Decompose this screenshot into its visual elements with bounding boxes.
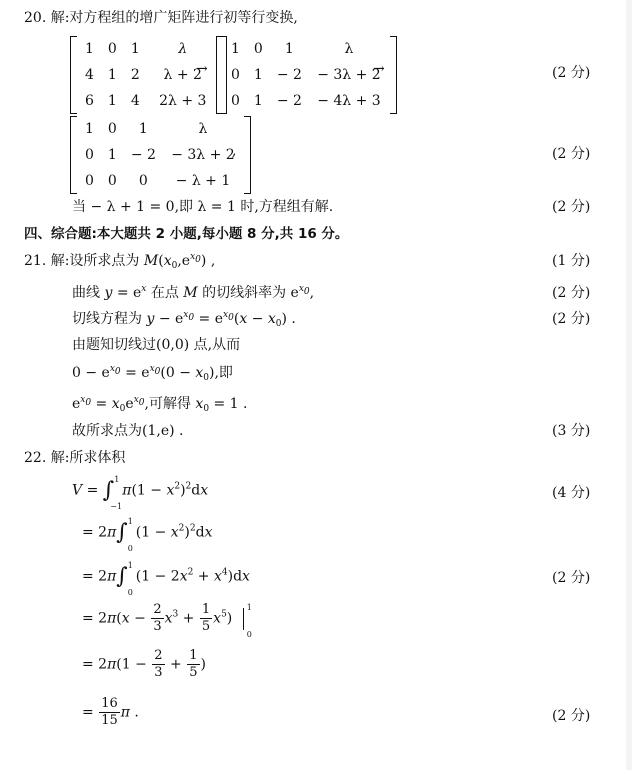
cell: − 2 (270, 88, 309, 114)
cell: 0 (224, 62, 247, 88)
score-badge: (2 分) (552, 196, 590, 216)
cell: 1 (270, 36, 309, 62)
text: 曲线 (72, 285, 100, 301)
score-badge: (2 分) (552, 567, 590, 587)
cell: 1 (247, 62, 270, 88)
cell: − 2 (124, 142, 163, 168)
score-badge: (2 分) (552, 143, 590, 163)
score-badge: (2 分) (552, 308, 590, 328)
text: ,可解得 (145, 396, 191, 412)
text: 的切线斜率为 (202, 285, 286, 301)
q21-line-3: 切线方程为 y − ex0 = ex0(x − x0) . (72, 308, 296, 328)
matrix-3-table: 101λ 01− 2− 3λ + 2 000− λ + 1 (78, 116, 243, 194)
q20-conclusion: 当 − λ + 1 = 0,即 λ = 1 时,方程组有解. (72, 196, 333, 216)
q22-line-5: = 2π(1 − 23 + 15) (82, 648, 206, 681)
cell: 1 (101, 88, 124, 114)
cell: − 2 (270, 62, 309, 88)
score-badge: (2 分) (552, 62, 590, 82)
q22-line-6: = 1615π . (82, 696, 139, 729)
cell: 6 (78, 88, 101, 114)
cell: 1 (78, 36, 101, 62)
cell: 1 (101, 62, 124, 88)
bracket-left (216, 36, 223, 114)
text: 切线方程为 (72, 311, 142, 327)
matrix-2: 101λ 01− 2− 3λ + 2 01− 2− 4λ + 3 (216, 36, 397, 114)
q21-line-5: 0 − ex0 = ex0(0 − x0),即 (72, 362, 233, 382)
page-edge (626, 0, 632, 770)
cell: 1 (124, 36, 147, 62)
q22-line-4: = 2π(x − 23x3 + 15x5) 10 (82, 602, 252, 635)
bracket-right (244, 116, 251, 194)
cell: λ (163, 116, 243, 142)
section-title: 四、综合题:本大题共 2 小题,每小题 8 分,共 16 分。 (24, 222, 348, 242)
cell: 0 (101, 116, 124, 142)
matrix-3: 101λ 01− 2− 3λ + 2 000− λ + 1 (70, 116, 251, 194)
arrow-icon: → (373, 61, 385, 77)
cell: − 3λ + 2 (163, 142, 243, 168)
q22-line-3: = 2π∫10(1 − 2x2 + x4)dx (82, 564, 250, 589)
cell: − λ + 1 (163, 168, 243, 194)
matrix-2-table: 101λ 01− 2− 3λ + 2 01− 2− 4λ + 3 (224, 36, 389, 114)
comma: , (232, 143, 236, 159)
cell: 0 (101, 168, 124, 194)
cell: 0 (124, 168, 163, 194)
cell: 0 (78, 142, 101, 168)
score-badge: (4 分) (552, 482, 590, 502)
cell: 1 (224, 36, 247, 62)
cell: 4 (124, 88, 147, 114)
q22-line-1: V = ∫1−1π(1 − x2)2dx (72, 478, 208, 503)
score-badge: (3 分) (552, 420, 590, 440)
score-badge: (2 分) (552, 705, 590, 725)
text: 21. 解:设所求点为 (24, 253, 139, 269)
score-badge: (2 分) (552, 282, 590, 302)
bracket-right (390, 36, 397, 114)
cell: − 4λ + 3 (309, 88, 389, 114)
q21-line-4: 由题知切线过(0,0) 点,从而 (72, 334, 240, 354)
cell: 0 (78, 168, 101, 194)
q21-line-2: 曲线 y = ex 在点 M 的切线斜率为 ex0, (72, 282, 314, 302)
cell: 2 (124, 62, 147, 88)
bracket-left (70, 36, 77, 114)
score-badge: (1 分) (552, 250, 590, 270)
bracket-left (70, 116, 77, 194)
q21-line-1: 21. 解:设所求点为 M(x0,ex0) , (24, 250, 215, 270)
text: 在点 (151, 285, 179, 301)
cell: 1 (124, 116, 163, 142)
arrow-icon: → (196, 61, 208, 77)
cell: 1 (78, 116, 101, 142)
cell: 0 (224, 88, 247, 114)
cell: 1 (247, 88, 270, 114)
q22-header: 22. 解:所求体积 (24, 447, 125, 467)
q21-line-7: 故所求点为(1,e) . (72, 420, 183, 440)
text: ,即 (214, 365, 232, 381)
cell: 0 (247, 36, 270, 62)
cell: 2λ + 3 (147, 88, 219, 114)
cell: 1 (101, 142, 124, 168)
cell: λ (147, 36, 219, 62)
cell: 0 (101, 36, 124, 62)
q22-line-2: = 2π∫10(1 − x2)2dx (82, 520, 212, 545)
q20-header: 20. 解:对方程组的增广矩阵进行初等行变换, (24, 7, 298, 27)
cell: 4 (78, 62, 101, 88)
q21-line-6: ex0 = x0ex0,可解得 x0 = 1 . (72, 393, 248, 413)
cell: λ (309, 36, 389, 62)
